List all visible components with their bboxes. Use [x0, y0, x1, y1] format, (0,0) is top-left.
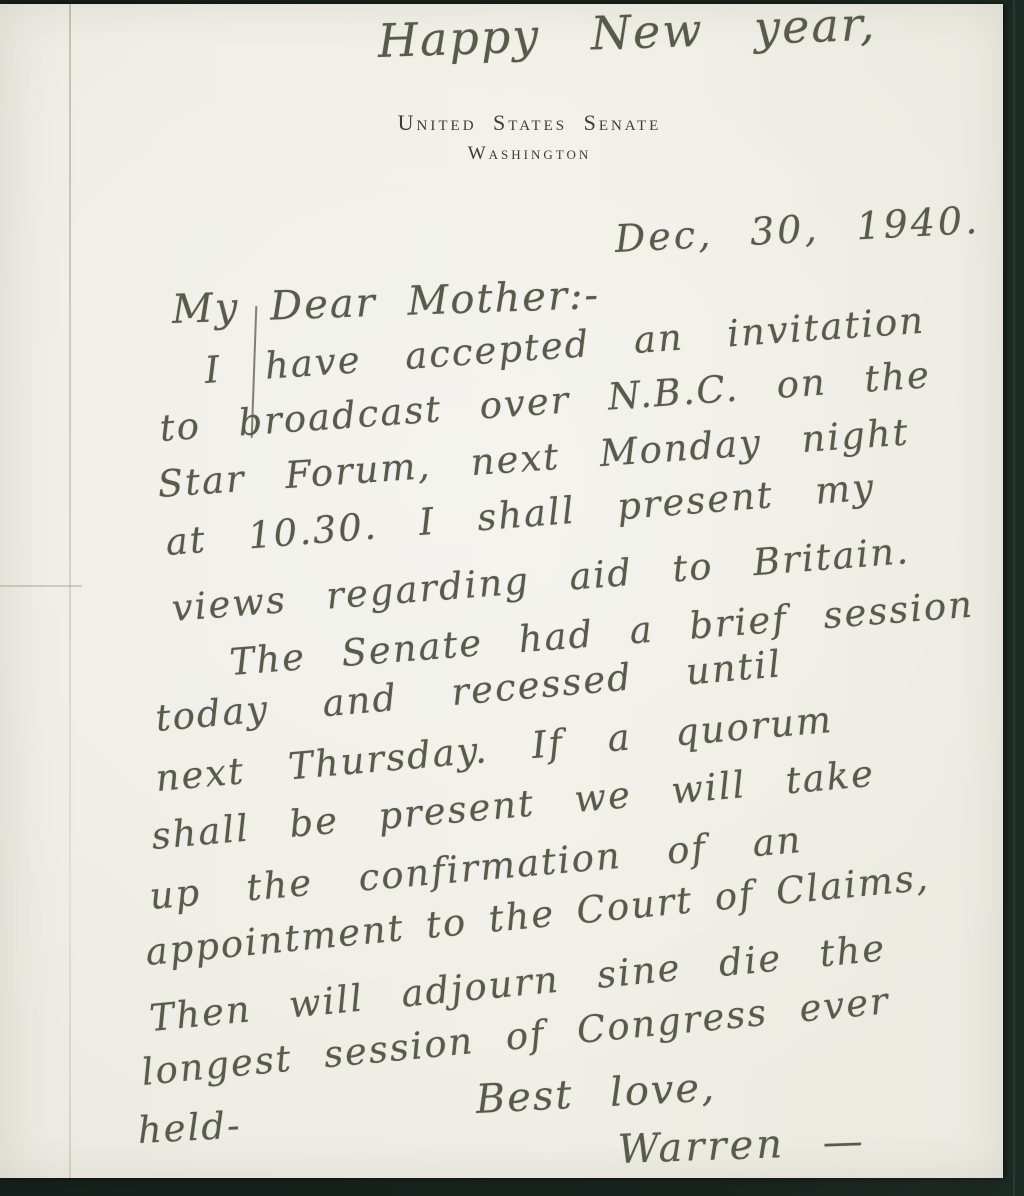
scan-edge-highlight — [1013, 0, 1015, 1196]
holiday-greeting: Happy New year, — [377, 1, 877, 64]
salutation: My Dear Mother:- — [171, 275, 600, 330]
senate-letterhead: United States Senate Washington — [28, 110, 1024, 165]
letter-paper: Happy New year, United States Senate Was… — [0, 4, 1003, 1178]
signature: Warren — — [617, 1121, 866, 1170]
letterhead-organization: United States Senate — [28, 110, 1024, 136]
letter-body-line: held- — [137, 1107, 243, 1149]
date-line: Dec, 30, 1940. — [614, 201, 981, 258]
fold-crease-vertical — [69, 4, 71, 1178]
letterhead-city: Washington — [28, 143, 1024, 165]
fold-crease-horizontal — [0, 585, 82, 587]
closing: Best love, — [475, 1067, 717, 1120]
